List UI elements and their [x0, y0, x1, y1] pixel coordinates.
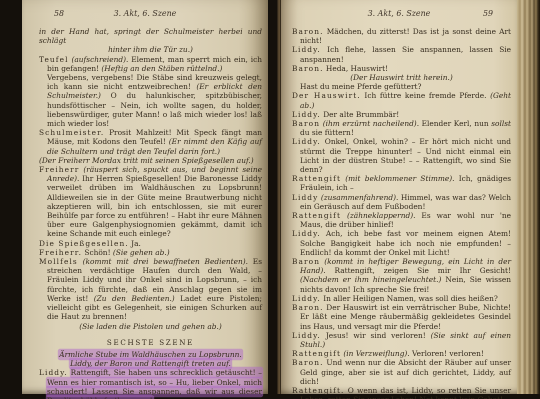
stage-direction-inline: (aufschreiend). [69, 55, 129, 64]
dialogue-paragraph: (Der Freiherr Mordax tritt mit seinen Sp… [39, 156, 262, 165]
stage-direction-inline: (ihm erzürnt nacheilend). [320, 119, 419, 128]
dialogue-text: Rattengift, zeigen Sie mir Ihr Gesicht! [326, 266, 511, 275]
stage-direction-inline: (Zu den Bedienten.) [94, 294, 175, 303]
speaker-name: Liddy. [292, 137, 321, 146]
speaker-name: Liddy. [292, 110, 321, 119]
dialogue-paragraph: Rattengift (in Verzweiflung). Verloren! … [292, 349, 511, 358]
stage-direction: in der Hand hat, springt der Schulmeiste… [39, 27, 262, 45]
dialogue-paragraph: Rattengift. O wenn das ist, Liddy, so re… [292, 386, 511, 399]
dialogue-continuation: Hast du meine Pferde gefüttert? [292, 82, 511, 91]
dialogue-paragraph: Rattengift (mit beklommener Stimme). Ich… [292, 174, 511, 192]
stage-direction-inline: (Der Hauswirt tritt herein.) [350, 73, 453, 82]
dialogue-text: Und wenn nur die Absicht der Räuber auf … [300, 358, 511, 385]
stage-direction: hinter ihm die Tür zu.) [39, 45, 262, 54]
stage-direction-inline: (in Verzweiflung). [341, 349, 410, 358]
stage-direction: Liddy, der Baron und Rattengift treten a… [39, 359, 262, 368]
book-gutter [277, 0, 281, 394]
dialogue-paragraph: Baron. Mädchen, du zitterst! Das ist ja … [292, 27, 511, 45]
dialogue-paragraph: Liddy (zusammenfahrend). Himmel, was war… [292, 193, 511, 211]
stage-direction-inline: Liddy, der Baron und Rattengift treten a… [70, 359, 231, 368]
speaker-name: Liddy. [292, 229, 321, 238]
dialogue-paragraph: Liddy. In aller Heiligen Namen, was soll… [292, 294, 511, 303]
running-header-title: 3. Akt, 6. Szene [281, 9, 517, 18]
dialogue-continuation: Vergebens, vergebens! Die Stäbe sind kre… [39, 73, 262, 128]
dialogue-text: Ja. [129, 239, 141, 248]
dialogue-paragraph: Der Hauswirt. Ich füttre keine fremde Pf… [292, 91, 511, 109]
stage-direction-inline: (Nachdem er ihm hineingeleuchtet.) [300, 275, 441, 284]
stage-direction-inline: (Sie gehen ab.) [113, 248, 170, 257]
dialogue-text: SECHSTE SZENE [107, 338, 194, 347]
dialogue-text: Ich füttre keine fremde Pferde. [361, 91, 490, 100]
stage-direction-inline: hinter ihm die Tür zu.) [108, 45, 193, 54]
dialogue-paragraph: Baron. Der Hauswirt ist ein verrätrische… [292, 303, 511, 331]
speaker-name: Liddy. [292, 331, 321, 340]
dialogue-paragraph: Die Spießgesellen. Ja. [39, 239, 262, 248]
dialogue-paragraph: Liddy. Ich flehe, lassen Sie anspannen, … [292, 45, 511, 63]
speaker-name: Rattengift [292, 349, 341, 358]
page-body-left: in der Hand hat, springt der Schulmeiste… [39, 27, 262, 399]
dialogue-paragraph: Baron. Heda, Hauswirt! [292, 64, 511, 73]
dialogue-text: Hast du meine Pferde gefüttert? [300, 82, 421, 91]
dialogue-paragraph: Freiherr (räuspert sich, spuckt aus, und… [39, 165, 262, 239]
speaker-name: Baron [292, 257, 320, 266]
stage-direction-inline: in der Hand hat, springt der Schulmeiste… [39, 27, 262, 45]
speaker-name: Liddy. [292, 45, 321, 54]
dialogue-text: Ach, ich bebe fast vor meinem eignen Ate… [300, 229, 511, 256]
stage-direction: (Der Hauswirt tritt herein.) [292, 73, 511, 82]
stage-direction: Ärmliche Stube im Waldhäuschen zu Lopsbr… [39, 350, 262, 359]
dialogue-text: Heda, Hauswirt! [324, 64, 389, 73]
speaker-name: Freiherr [39, 165, 79, 174]
dialogue-text: In aller Heiligen Namen, was soll dies h… [321, 294, 498, 303]
dialogue-paragraph: Baron (ihm erzürnt nacheilend). Elender … [292, 119, 511, 137]
page-right: 3. Akt, 6. Szene 59 Baron. Mädchen, du z… [281, 0, 517, 394]
stage-direction-inline: (Heftig an den Stäben rüttelnd.) [101, 64, 222, 73]
speaker-name: Schulmeister. [39, 128, 104, 137]
stage-direction-inline: (Der Freiherr Mordax tritt mit seinen Sp… [39, 156, 254, 165]
dialogue-text: Schön! [82, 248, 113, 257]
dialogue-paragraph: Schulmeister. Prosit Mahlzeit! Mit Speck… [39, 128, 262, 156]
stage-direction-inline: (Sie laden die Pistolen und gehen ab.) [79, 322, 222, 331]
dialogue-text: Der alte Brummbär! [321, 110, 399, 119]
stage-direction-inline: (zusammenfahrend). [318, 193, 398, 202]
speaker-name: Der Hauswirt. [292, 91, 361, 100]
speaker-name: Baron [292, 119, 320, 128]
dialogue-text: Mädchen, du zitterst! Das ist ja sonst d… [300, 27, 511, 45]
speaker-name: Rattengift [292, 211, 341, 220]
page-body-right: Baron. Mädchen, du zitterst! Das ist ja … [292, 27, 511, 399]
running-header-left: 58 3. Akt, 6. Szene [22, 9, 268, 21]
dialogue-paragraph: Rattengift (zähneklappernd). Es war wohl… [292, 211, 511, 229]
page-number: 58 [54, 9, 64, 18]
speaker-name: Freiherr. [39, 248, 82, 257]
dialogue-text: Der Hauswirt ist ein verrätrischer Bube,… [300, 303, 511, 330]
dialogue-paragraph: Teufel (aufschreiend). Element, man sper… [39, 55, 262, 73]
stage-direction-inline: sollst [491, 119, 511, 128]
book-spread: 58 3. Akt, 6. Szene in der Hand hat, spr… [0, 0, 540, 399]
speaker-name: Baron. [292, 64, 324, 73]
dialogue-text: du sie füttern! [300, 128, 354, 137]
page-edge-stack-right [517, 0, 540, 394]
running-header-right: 3. Akt, 6. Szene 59 [281, 9, 517, 21]
dialogue-paragraph: Liddy. Rattengift, Sie haben uns schreck… [39, 368, 262, 399]
dialogue-text: Ihr Herren Spießgesellen! Die Baronesse … [47, 174, 262, 238]
speaker-name: Die Spießgesellen. [39, 239, 129, 248]
speaker-name: Baron. [292, 358, 324, 367]
speaker-name: Teufel [39, 55, 69, 64]
dialogue-paragraph: Baron (kommt in heftiger Bewegung, ein L… [292, 257, 511, 294]
page-left: 58 3. Akt, 6. Szene in der Hand hat, spr… [22, 0, 268, 394]
dialogue-text: Jesus! wir sind verloren! [321, 331, 431, 340]
dialogue-text: Ich flehe, lassen Sie anspannen, lassen … [300, 45, 511, 63]
dialogue-paragraph: Mollfels (kommt mit drei bewaffneten Bed… [39, 257, 262, 321]
page-number: 59 [483, 9, 493, 18]
dialogue-paragraph: Baron. Und wenn nur die Absicht der Räub… [292, 358, 511, 386]
speaker-name: Rattengift. [292, 386, 344, 395]
speaker-name: Liddy. [39, 368, 68, 377]
dialogue-paragraph: Liddy. Onkel, Onkel, wohin? – Er hört mi… [292, 137, 511, 174]
stage-direction-inline: Ärmliche Stube im Waldhäuschen zu Lopsbr… [59, 350, 242, 359]
stage-direction-inline: (zähneklappernd). [341, 211, 415, 220]
speaker-name: Baron. [292, 303, 324, 312]
dialogue-text: Verloren! verloren! [410, 349, 484, 358]
page-edge-stack-left [0, 0, 22, 394]
dialogue-paragraph: Freiherr. Schön! (Sie gehen ab.) [39, 248, 262, 257]
speaker-name: Rattengift [292, 174, 341, 183]
speaker-name: Liddy [292, 193, 318, 202]
dialogue-text: Onkel, Onkel, wohin? – Er hört mich nich… [300, 137, 511, 174]
stage-direction: (Sie laden die Pistolen und gehen ab.) [39, 322, 262, 331]
speaker-name: Liddy. [292, 294, 321, 303]
dialogue-paragraph: Liddy. Ach, ich bebe fast vor meinem eig… [292, 229, 511, 257]
dialogue-text: Rattengift, Sie haben uns schrecklich ge… [47, 368, 262, 399]
stage-direction-inline: (mit beklommener Stimme). [341, 174, 454, 183]
stage-direction-inline: (kommt mit drei bewaffneten Bedienten). [78, 257, 248, 266]
scene-heading: SECHSTE SZENE [39, 338, 262, 347]
dialogue-text: Elender Kerl, nun [419, 119, 491, 128]
speaker-name: Baron. [292, 27, 324, 36]
dialogue-paragraph: Liddy. Jesus! wir sind verloren! (Sie si… [292, 331, 511, 349]
speaker-name: Mollfels [39, 257, 78, 266]
dialogue-paragraph: Liddy. Der alte Brummbär! [292, 110, 511, 119]
